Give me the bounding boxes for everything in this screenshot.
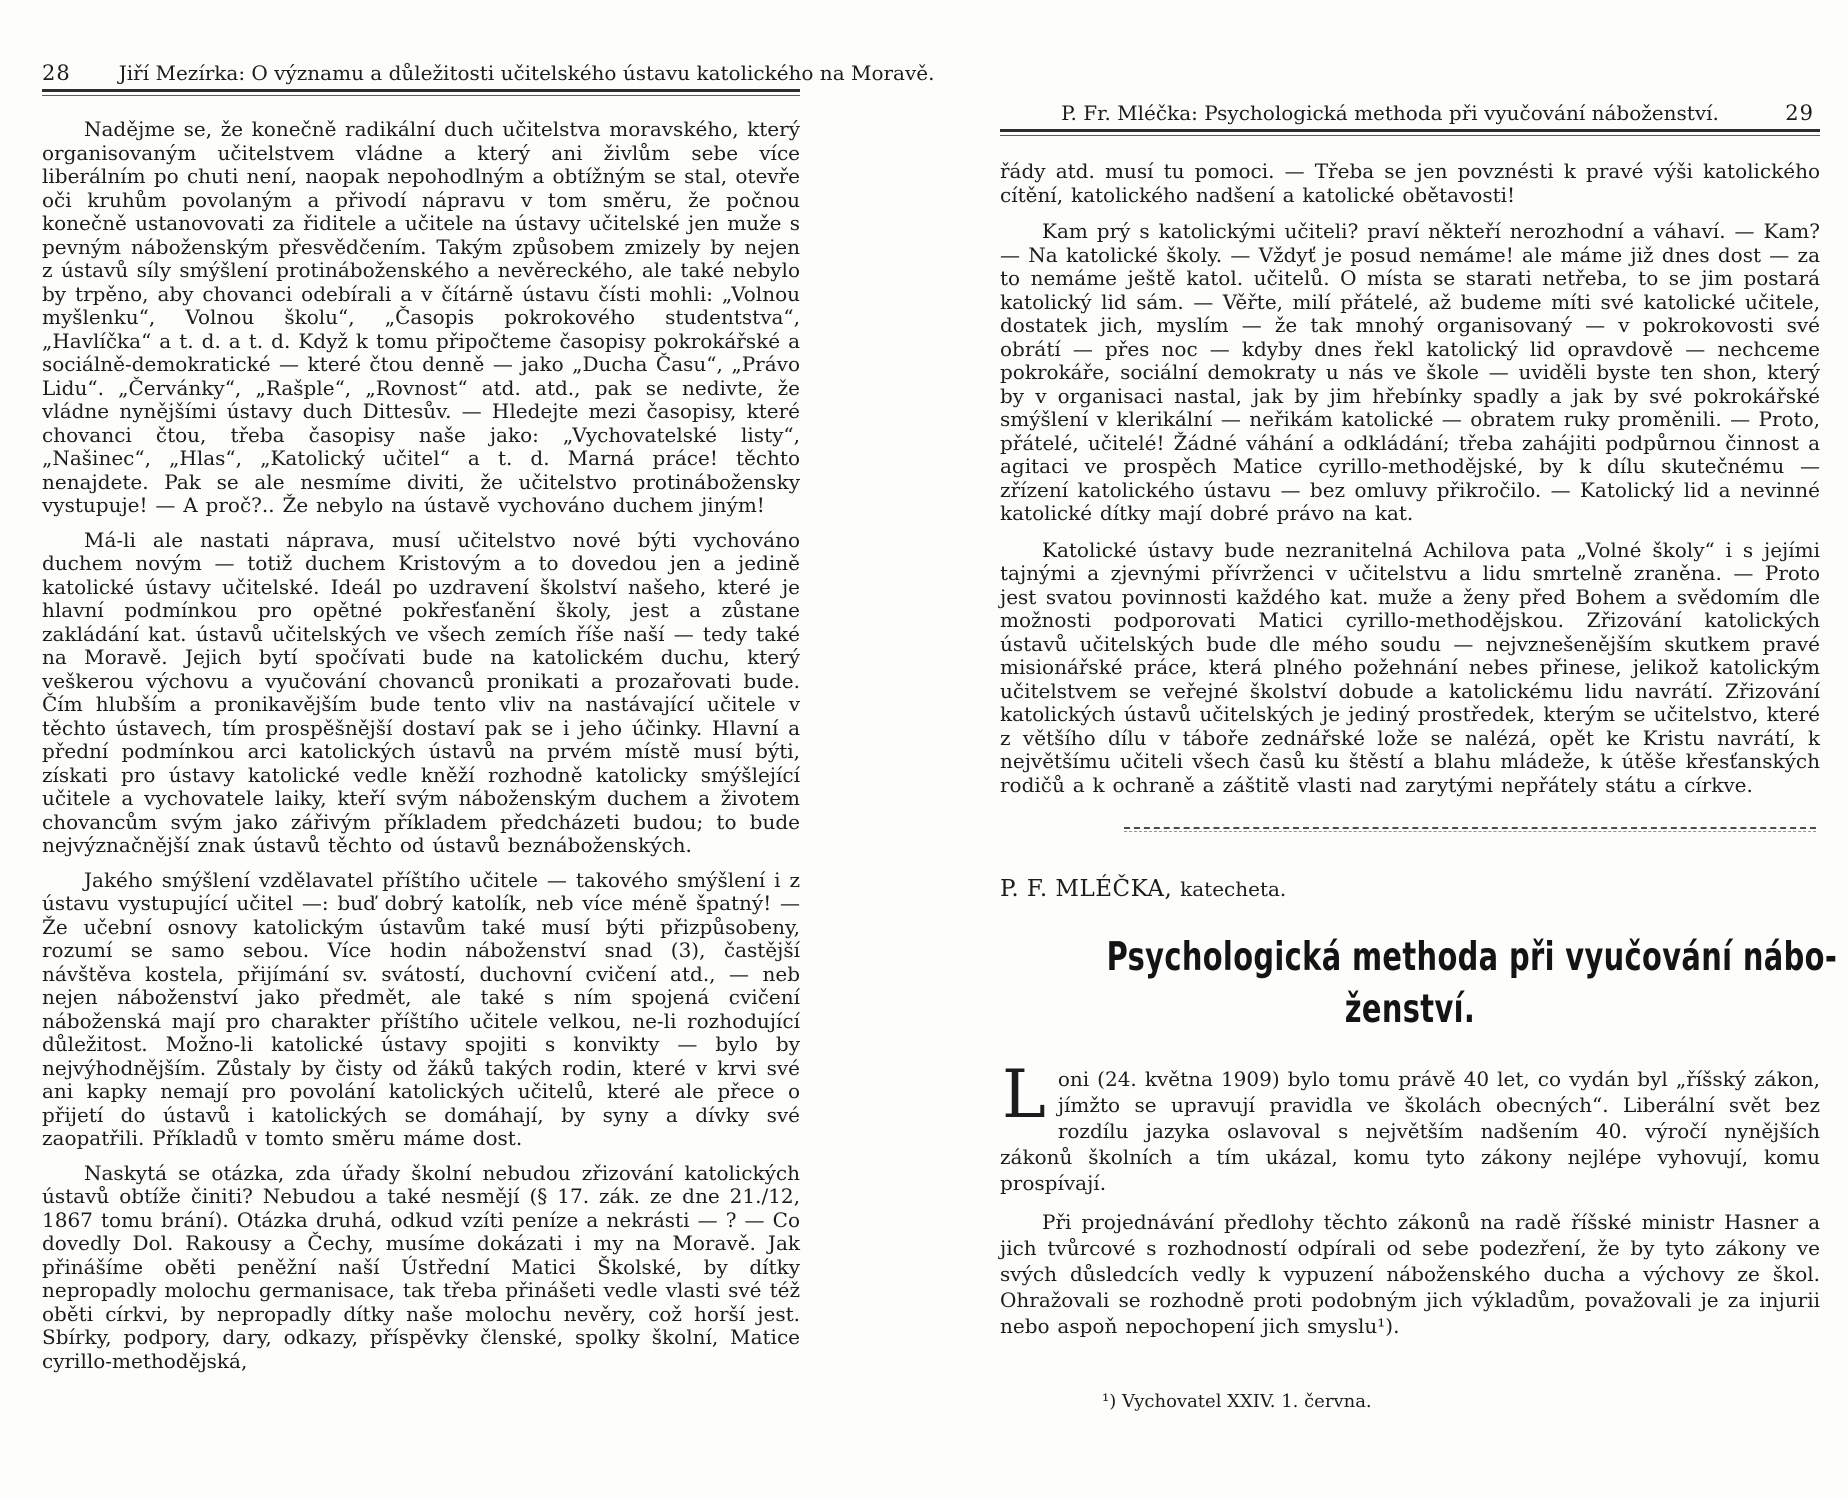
left-page-number: 28 xyxy=(42,60,71,86)
footnote: ¹) Vychovatel XXIV. 1. června. xyxy=(1000,1391,1820,1413)
paragraph: Katolické ústavy bude nezranitelná Achil… xyxy=(1000,539,1820,798)
article-paragraph: Loni (24. května 1909) bylo tomu právě 4… xyxy=(1000,1066,1820,1196)
article-divider xyxy=(1124,827,1816,832)
article-title-line1: Psychologická methoda při vyučování nábo… xyxy=(1107,932,1714,984)
article-paragraph: Při projednávání předlohy těchto zákonů … xyxy=(1000,1209,1820,1339)
article-paragraph-text: oni (24. května 1909) bylo tomu právě 40… xyxy=(1000,1067,1820,1195)
left-page: 28 Jiří Mezírka: O významu a důležitosti… xyxy=(42,60,800,1384)
left-header-title: Jiří Mezírka: O významu a důležitosti uč… xyxy=(119,60,935,86)
paragraph: řády atd. musí tu pomoci. — Třeba se jen… xyxy=(1000,160,1820,207)
paragraph: Má-li ale nastati náprava, musí učitelst… xyxy=(42,529,800,858)
paragraph: Kam prý s katolickými učiteli? praví něk… xyxy=(1000,220,1820,526)
paragraph: Nadějme se, že konečně radikální duch uč… xyxy=(42,118,800,518)
paragraph: Naskytá se otázka, zda úřady školní nebu… xyxy=(42,1162,800,1374)
article-title-line2: ženství. xyxy=(1107,984,1714,1036)
article-title: Psychologická methoda při vyučování nábo… xyxy=(1000,932,1820,1036)
right-header-rule xyxy=(1000,129,1820,136)
drop-cap: L xyxy=(1000,1066,1058,1120)
byline-role: katecheta. xyxy=(1180,877,1286,901)
right-page-number: 29 xyxy=(1785,100,1814,126)
right-body-text: řády atd. musí tu pomoci. — Třeba se jen… xyxy=(1000,160,1820,797)
right-header-title: P. Fr. Mléčka: Psychologická methoda při… xyxy=(1061,100,1759,126)
article-byline: P. F. MLÉČKA, katecheta. xyxy=(1000,876,1820,902)
left-body-text: Nadějme se, že konečně radikální duch uč… xyxy=(42,118,800,1373)
right-header-row: P. Fr. Mléčka: Psychologická methoda při… xyxy=(1000,100,1820,126)
scanned-book-spread: { "colors": { "paper": "#fdfdfb", "ink":… xyxy=(0,0,1848,1500)
left-header-row: 28 Jiří Mezírka: O významu a důležitosti… xyxy=(42,60,800,86)
right-page: P. Fr. Mléčka: Psychologická methoda při… xyxy=(1000,100,1820,1413)
right-running-header: P. Fr. Mléčka: Psychologická methoda při… xyxy=(1000,100,1820,136)
left-header-rule xyxy=(42,89,800,96)
byline-author: P. F. MLÉČKA, xyxy=(1000,876,1172,902)
paragraph: Jakého smýšlení vzdělavatel příštího uči… xyxy=(42,869,800,1151)
article-body: Loni (24. května 1909) bylo tomu právě 4… xyxy=(1000,1066,1820,1339)
left-running-header: 28 Jiří Mezírka: O významu a důležitosti… xyxy=(42,60,800,96)
